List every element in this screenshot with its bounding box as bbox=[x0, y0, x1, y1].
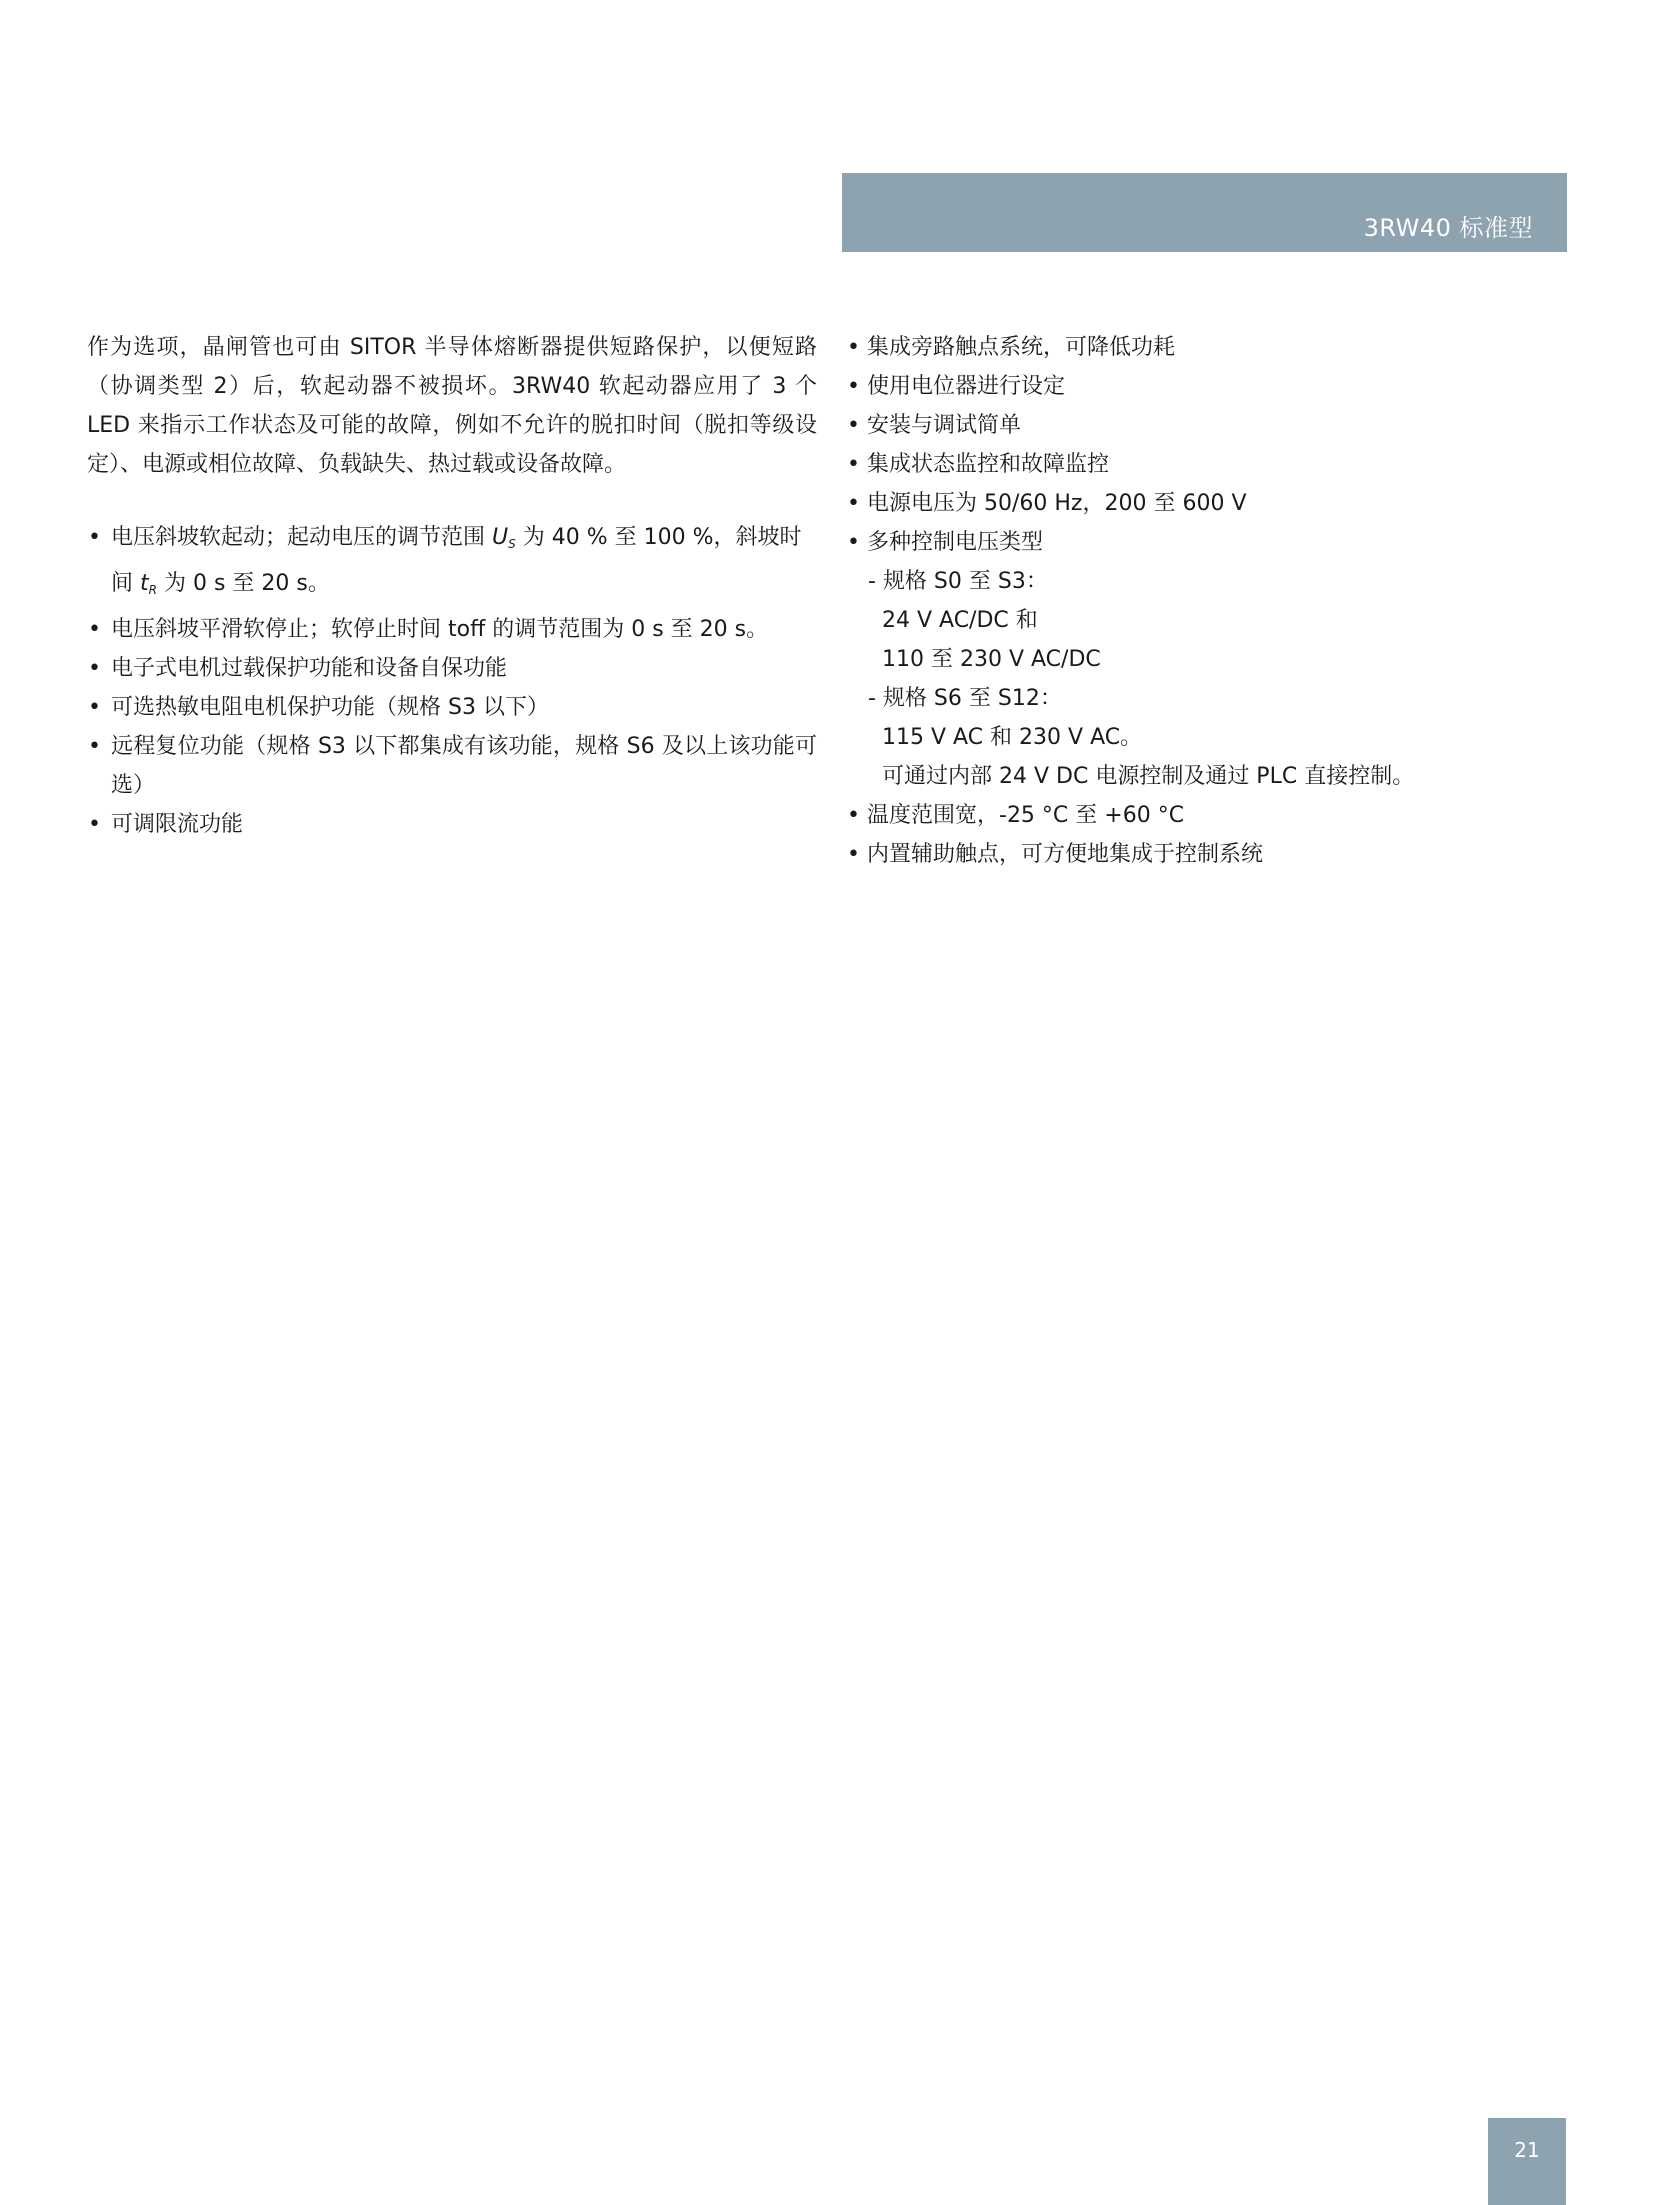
bullet-icon: • bbox=[847, 328, 860, 367]
list-item: •可调限流功能 bbox=[87, 805, 817, 844]
list-item: •集成状态监控和故障监控 bbox=[846, 445, 1566, 484]
page-number: 21 bbox=[1488, 2138, 1566, 2162]
control-voltage-sublist: - 规格 S0 至 S3： 24 V AC/DC 和 110 至 230 V A… bbox=[867, 562, 1566, 796]
header-banner: 3RW40 标准型 bbox=[842, 173, 1567, 252]
intro-paragraph: 作为选项，晶闸管也可由 SITOR 半导体熔断器提供短路保护，以便短路（协调类型… bbox=[87, 328, 817, 484]
bullet-icon: • bbox=[88, 610, 101, 649]
list-item: •安装与调试简单 bbox=[846, 406, 1566, 445]
bullet-icon: • bbox=[847, 523, 860, 562]
left-bullet-list: • 电压斜坡软起动；起动电压的调节范围 US 为 40 % 至 100 %，斜坡… bbox=[87, 518, 817, 844]
list-item: •远程复位功能（规格 S3 以下都集成有该功能，规格 S6 及以上该功能可选） bbox=[87, 727, 817, 805]
bullet-icon: • bbox=[847, 484, 860, 523]
sub-line: 110 至 230 V AC/DC bbox=[867, 640, 1566, 679]
header-title: 3RW40 标准型 bbox=[1364, 208, 1533, 243]
right-column: •集成旁路触点系统，可降低功耗 •使用电位器进行设定 •安装与调试简单 •集成状… bbox=[846, 328, 1566, 874]
variable-us: US bbox=[492, 525, 516, 550]
bullet-icon: • bbox=[847, 835, 860, 874]
left-column: 作为选项，晶闸管也可由 SITOR 半导体熔断器提供短路保护，以便短路（协调类型… bbox=[87, 328, 817, 844]
bullet-icon: • bbox=[847, 406, 860, 445]
bullet-icon: • bbox=[88, 727, 101, 766]
list-item: •内置辅助触点，可方便地集成于控制系统 bbox=[846, 835, 1566, 874]
list-item: • 电压斜坡软起动；起动电压的调节范围 US 为 40 % 至 100 %，斜坡… bbox=[87, 518, 817, 610]
bullet-icon: • bbox=[88, 518, 101, 557]
bullet-icon: • bbox=[847, 796, 860, 835]
sub-group-label: - 规格 S0 至 S3： bbox=[868, 562, 1566, 601]
bullet-icon: • bbox=[847, 367, 860, 406]
variable-tr: tR bbox=[140, 571, 157, 596]
page-number-box: 21 bbox=[1488, 2118, 1566, 2205]
bullet-icon: • bbox=[88, 649, 101, 688]
sub-line: 115 V AC 和 230 V AC。 bbox=[867, 718, 1566, 757]
sub-line: 24 V AC/DC 和 bbox=[867, 601, 1566, 640]
bullet-icon: • bbox=[847, 445, 860, 484]
list-item: •电子式电机过载保护功能和设备自保功能 bbox=[87, 649, 817, 688]
list-item: • 多种控制电压类型 - 规格 S0 至 S3： 24 V AC/DC 和 11… bbox=[846, 523, 1566, 796]
list-item: •电压斜坡平滑软停止；软停止时间 toff 的调节范围为 0 s 至 20 s。 bbox=[87, 610, 817, 649]
bullet-icon: • bbox=[88, 805, 101, 844]
bullet-icon: • bbox=[88, 688, 101, 727]
list-item: •使用电位器进行设定 bbox=[846, 367, 1566, 406]
list-item: •电源电压为 50/60 Hz，200 至 600 V bbox=[846, 484, 1566, 523]
list-item: •可选热敏电阻电机保护功能（规格 S3 以下） bbox=[87, 688, 817, 727]
sub-group-label: - 规格 S6 至 S12： bbox=[868, 679, 1566, 718]
sub-line: 可通过内部 24 V DC 电源控制及通过 PLC 直接控制。 bbox=[867, 757, 1566, 796]
right-bullet-list: •集成旁路触点系统，可降低功耗 •使用电位器进行设定 •安装与调试简单 •集成状… bbox=[846, 328, 1566, 874]
list-item: •集成旁路触点系统，可降低功耗 bbox=[846, 328, 1566, 367]
list-item: •温度范围宽，-25 °C 至 +60 °C bbox=[846, 796, 1566, 835]
